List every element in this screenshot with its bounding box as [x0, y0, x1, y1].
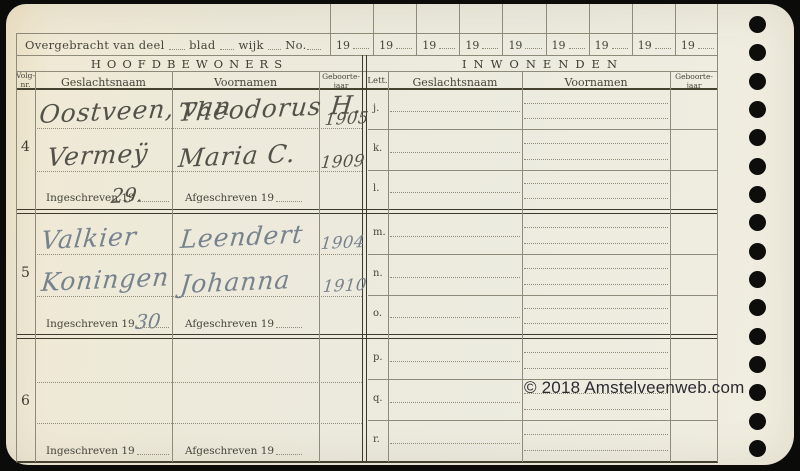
year-cell: 19 [416, 33, 459, 55]
ingeschreven-label: Ingeschreven 19 [46, 318, 169, 330]
dotted-fill [137, 201, 169, 202]
writing-line [524, 243, 668, 244]
lodger-row: l. [368, 171, 718, 209]
label-text: Ingeschreven 19 [46, 318, 135, 330]
grid-cell [546, 4, 589, 33]
year-prefix: 19 [681, 39, 695, 52]
transfer-label-deel: Overgebracht van deel [25, 38, 165, 52]
punch-hole-icon [749, 356, 766, 373]
year-prefix: 19 [508, 39, 522, 52]
dotted-fill [396, 48, 412, 49]
handwritten-firstnames: Maria C. [177, 139, 297, 173]
transfer-header: Overgebracht van deel blad wijk No. [25, 36, 325, 52]
punch-hole-icon [749, 243, 766, 260]
punch-hole-icon [749, 214, 766, 231]
punch-hole-icon [749, 271, 766, 288]
grid-cell [373, 4, 416, 33]
year-prefix: 19 [422, 39, 436, 52]
year-cell: 19 [675, 33, 718, 55]
handwritten-firstnames: Leendert [179, 219, 305, 254]
year-cell: 19 [502, 33, 545, 55]
writing-line [524, 450, 668, 451]
transfer-label-wijk: wijk [238, 38, 263, 52]
grid-line [172, 71, 173, 462]
handwritten-birthyear: 1910 [322, 275, 368, 296]
writing-line [390, 236, 520, 237]
handwritten-birthyear: 1909 [320, 151, 366, 172]
year-cell: 19 [546, 33, 589, 55]
handwritten-surname: Koningen [40, 262, 171, 297]
lodger-row: o. [368, 296, 718, 334]
lodger-row: m. [368, 214, 718, 255]
handwritten-surname: Valkier [40, 222, 138, 255]
lodger-letter: p. [373, 352, 383, 363]
dotted-fill [137, 454, 169, 455]
lodger-letter: l. [373, 183, 379, 194]
year-prefix: 19 [379, 39, 393, 52]
grid-line [16, 55, 718, 56]
writing-line [524, 183, 668, 184]
writing-line [524, 434, 668, 435]
grid-cell [416, 4, 459, 33]
writing-line [524, 159, 668, 160]
top-year-grid [330, 4, 718, 33]
lodger-letter: o. [373, 308, 382, 319]
writing-line [524, 368, 668, 369]
dotted-fill [698, 48, 714, 49]
year-cell: 19 [373, 33, 416, 55]
punch-hole-icon [749, 328, 766, 345]
punch-hole-icon [749, 16, 766, 33]
year-cell: 19 [632, 33, 675, 55]
lodger-row: j. [368, 90, 718, 130]
writing-line [524, 284, 668, 285]
dotted-fill [353, 48, 369, 49]
column-header-lett: Lett. [367, 76, 388, 86]
label-text: Afgeschreven 19 [185, 445, 274, 457]
dotted-fill [439, 48, 455, 49]
lodger-letter: m. [373, 227, 386, 238]
writing-line [390, 443, 520, 444]
dotted-fill [276, 454, 302, 455]
writing-line [524, 308, 668, 309]
writing-line [524, 143, 668, 144]
lodger-row: n. [368, 255, 718, 296]
year-cell: 19 [459, 33, 502, 55]
year-cell: 19 [330, 33, 373, 55]
writing-line [37, 382, 362, 383]
handwritten-birthyear: 1905 [324, 108, 370, 129]
section-title-inwonenden: INWONENDEN [368, 57, 718, 71]
writing-line [37, 128, 362, 129]
handwritten-firstnames: Johanna [179, 265, 292, 299]
dotted-fill [482, 48, 498, 49]
punch-hole-icon [749, 413, 766, 430]
writing-line [524, 268, 668, 269]
grid-cell [459, 4, 502, 33]
year-prefix: 19 [638, 39, 652, 52]
grid-line [16, 33, 718, 34]
writing-line [390, 317, 520, 318]
punch-hole-icon [749, 129, 766, 146]
volgnr-value: 5 [16, 265, 35, 281]
dotted-fill [307, 49, 321, 50]
grid-line [319, 71, 320, 462]
grid-cell [675, 4, 718, 33]
volgnr-value: 6 [16, 393, 35, 409]
lodger-row: k. [368, 130, 718, 171]
year-prefix: 19 [336, 39, 350, 52]
lodger-letter: r. [373, 434, 380, 445]
grid-cell [502, 4, 545, 33]
punch-hole-icon [749, 384, 766, 401]
afgeschreven-label: Afgeschreven 19 [185, 445, 302, 457]
afgeschreven-label: Afgeschreven 19 [185, 192, 302, 204]
grid-line [16, 71, 718, 72]
afgeschreven-label: Afgeschreven 19 [185, 318, 302, 330]
transfer-label-no: No. [285, 38, 306, 52]
writing-line [524, 198, 668, 199]
dotted-fill [569, 48, 585, 49]
ingeschreven-label: Ingeschreven 19 [46, 445, 169, 457]
punch-hole-icon [749, 299, 766, 316]
dotted-fill [276, 327, 302, 328]
dotted-fill [276, 201, 302, 202]
writing-line [390, 361, 520, 362]
lodger-letter: n. [373, 268, 383, 279]
transfer-label-blad: blad [189, 38, 215, 52]
year-prefix: 19 [595, 39, 609, 52]
year-prefix: 19 [552, 39, 566, 52]
punch-hole-icon [749, 186, 766, 203]
lodger-letter: k. [373, 143, 382, 154]
dotted-fill [612, 48, 628, 49]
handwritten-surname: Vermeÿ [46, 138, 150, 172]
grid-line [16, 461, 718, 463]
punch-hole-icon [749, 44, 766, 61]
year-header-row: 19 19 19 19 19 19 19 19 19 [330, 33, 718, 55]
label-text: Afgeschreven 19 [185, 318, 274, 330]
dotted-fill [655, 48, 671, 49]
punch-hole-icon [749, 73, 766, 90]
writing-line [37, 423, 362, 424]
writing-line [390, 277, 520, 278]
writing-line [390, 111, 520, 112]
writing-line [390, 402, 520, 403]
writing-line [390, 192, 520, 193]
dotted-fill [220, 49, 235, 50]
label-text: Ingeschreven 19 [46, 445, 135, 457]
lodger-row: p. [368, 339, 718, 380]
ingeschreven-label: Ingeschreven 19 [46, 192, 169, 204]
writing-line [524, 118, 668, 119]
volgnr-value: 4 [16, 139, 35, 155]
copyright-watermark: © 2018 Amstelveenweb.com [524, 378, 745, 398]
punch-hole-icon [749, 440, 766, 457]
lodger-row: r. [368, 421, 718, 461]
handwritten-birthyear: 1904 [320, 232, 366, 253]
dotted-fill [137, 327, 169, 328]
label-text: Afgeschreven 19 [185, 192, 274, 204]
lodger-letter: j. [373, 103, 379, 114]
writing-line [524, 227, 668, 228]
lodger-letter: q. [373, 393, 383, 404]
dotted-fill [525, 48, 541, 49]
writing-line [524, 352, 668, 353]
grid-cell [632, 4, 675, 33]
writing-line [37, 254, 362, 255]
grid-line [35, 71, 36, 462]
writing-line [524, 103, 668, 104]
dotted-fill [268, 49, 281, 50]
year-cell: 19 [589, 33, 632, 55]
scanned-register-page: 19 19 19 19 19 19 19 19 19 Overgebracht … [0, 0, 800, 471]
writing-line [524, 323, 668, 324]
column-header-volgnr: Volg- nr. [16, 72, 35, 89]
grid-cell [330, 4, 373, 33]
punch-hole-icon [749, 158, 766, 175]
label-text: Ingeschreven 19 [46, 192, 135, 204]
writing-line [390, 152, 520, 153]
punch-hole-icon [749, 101, 766, 118]
year-prefix: 19 [465, 39, 479, 52]
writing-line [524, 409, 668, 410]
section-title-hoofdbewoners: HOOFDBEWONERS [16, 57, 363, 71]
dotted-fill [169, 49, 185, 50]
grid-cell [589, 4, 632, 33]
